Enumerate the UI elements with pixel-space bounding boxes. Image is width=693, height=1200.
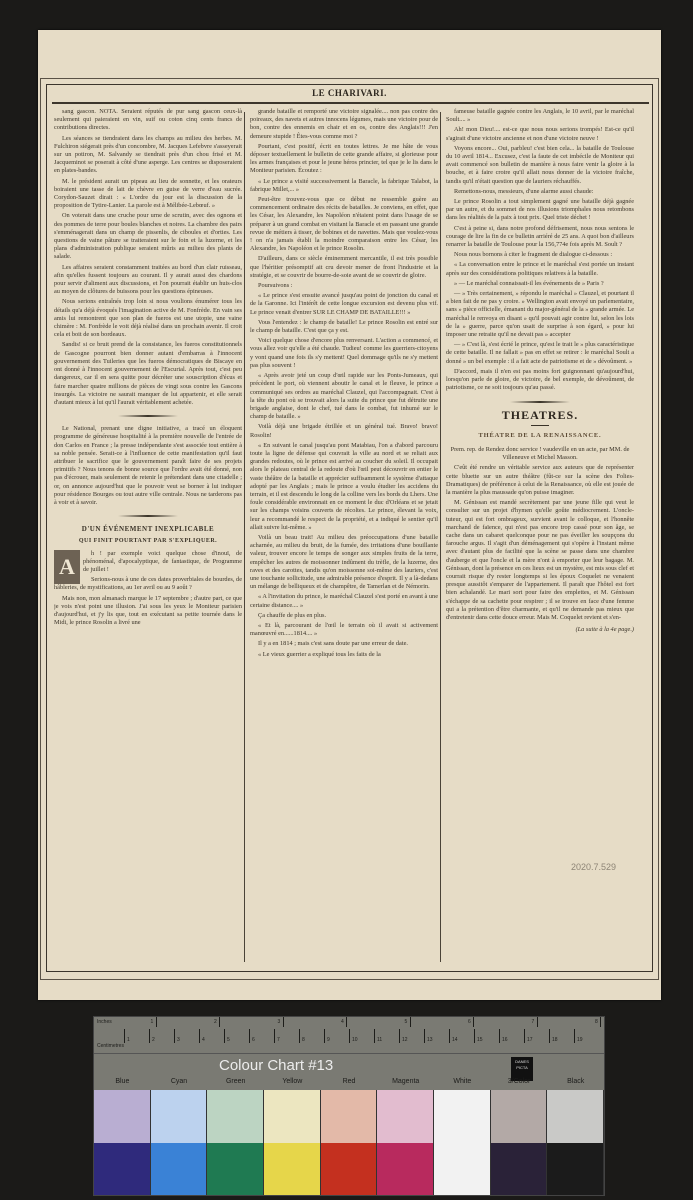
inch-mark: 6 xyxy=(468,1019,471,1025)
inch-mark: 8 xyxy=(595,1019,598,1025)
inch-mark: 4 xyxy=(341,1019,344,1025)
paragraph: Les séances se tiendraient dans les cham… xyxy=(54,135,242,176)
cm-mark: 9 xyxy=(327,1037,330,1043)
ruler: Inches Centimetres 123456781234567891011… xyxy=(94,1017,604,1054)
paragraph: Ça chauffe de plus en plus. xyxy=(250,612,438,620)
paragraph: Remettons-nous, messieurs, d'une alarme … xyxy=(446,188,634,196)
swatch-label: Red xyxy=(321,1078,378,1090)
inch-tick xyxy=(156,1017,157,1027)
cm-mark: 17 xyxy=(527,1037,533,1043)
swatch-dark xyxy=(377,1143,433,1196)
cm-tick xyxy=(199,1029,200,1043)
cm-tick xyxy=(224,1029,225,1043)
swatch-label: Blue xyxy=(94,1078,151,1090)
separator-rule xyxy=(510,401,570,403)
paragraph: « Le prince a visité successivement la B… xyxy=(250,178,438,194)
review-paragraphs: C'eût été rendre un véritable service au… xyxy=(446,464,634,622)
paragraph: Vous l'entendez : le champ de bataille! … xyxy=(250,319,438,335)
paragraph: « Le prince s'est ensuite avancé jusqu'a… xyxy=(250,292,438,317)
paragraph: M. le président aurait un pipeau au lieu… xyxy=(54,178,242,211)
swatch-label: 3/Color xyxy=(491,1078,548,1090)
swatch-light xyxy=(94,1090,150,1143)
swatch-dark xyxy=(264,1143,320,1196)
paragraph: fameuse bataille gagnée contre les Angla… xyxy=(446,108,634,124)
swatch-dark xyxy=(151,1143,207,1196)
swatch-dark xyxy=(94,1143,150,1196)
cm-tick xyxy=(399,1029,400,1043)
inch-tick xyxy=(346,1017,347,1027)
inch-mark: 1 xyxy=(151,1019,154,1025)
swatch-light xyxy=(151,1090,207,1143)
cm-mark: 5 xyxy=(227,1037,230,1043)
cm-mark: 19 xyxy=(577,1037,583,1043)
cm-tick xyxy=(274,1029,275,1043)
paragraph: Les affaires seraient constamment traité… xyxy=(54,264,242,297)
swatch-dark xyxy=(434,1143,490,1196)
cm-mark: 12 xyxy=(402,1037,408,1043)
column-divider xyxy=(244,112,245,962)
cm-tick xyxy=(499,1029,500,1043)
story-paragraph: Serions-nous à une de ces dates proverbi… xyxy=(54,576,242,592)
cm-tick xyxy=(374,1029,375,1043)
paragraph: Poursuivons : xyxy=(250,282,438,290)
swatch-red xyxy=(321,1090,378,1195)
cm-tick xyxy=(524,1029,525,1043)
article-headline: D'UN ÉVÉNEMENT INEXPLICABLE xyxy=(54,525,242,533)
paragraph: Sandis! si ce bruit prend de la consista… xyxy=(54,341,242,407)
masthead-rule xyxy=(52,102,649,104)
swatch-labels: BlueCyanGreenYellowRedMagentaWhite3/Colo… xyxy=(94,1078,604,1090)
section-title: THEATRES. xyxy=(446,411,634,419)
inch-mark: 3 xyxy=(278,1019,281,1025)
cm-tick xyxy=(349,1029,350,1043)
paragraph: « A l'invitation du prince, le maréchal … xyxy=(250,593,438,609)
paragraph: sang gascon. NOTA. Seraient réputés de p… xyxy=(54,108,242,133)
swatch-light xyxy=(547,1090,603,1143)
inch-tick xyxy=(537,1017,538,1027)
cm-mark: 10 xyxy=(352,1037,358,1043)
paragraph: Ah! mon Dieu!.... est-ce que nous nous s… xyxy=(446,126,634,142)
swatch-light xyxy=(434,1090,490,1143)
cm-mark: 3 xyxy=(177,1037,180,1043)
national-paragraph: Le National, prenant une digne initiativ… xyxy=(54,425,242,507)
paragraph: « Et là, parcourant de l'œil le terrain … xyxy=(250,622,438,638)
cm-mark: 15 xyxy=(477,1037,483,1043)
swatch-magenta xyxy=(377,1090,434,1195)
cm-tick xyxy=(249,1029,250,1043)
paragraph: D'ailleurs, dans ce siècle éminemment me… xyxy=(250,255,438,280)
dropcap-illustration: A xyxy=(54,550,80,584)
paragraph: grande bataille et remporté une victoire… xyxy=(250,108,438,141)
separator-rule xyxy=(118,415,178,417)
inch-tick xyxy=(219,1017,220,1027)
review-paragraph: M. Génissan est mandé secrètement par un… xyxy=(446,499,634,622)
inches-label: Inches xyxy=(97,1019,112,1025)
continued-note: (La suite à la 4e page.) xyxy=(446,626,634,634)
swatch-cyan xyxy=(151,1090,208,1195)
chart-title: Colour Chart #13 xyxy=(219,1057,333,1074)
story-paragraph: h ! par exemple voici quelque chose d'in… xyxy=(54,550,242,575)
colour-chart: Inches Centimetres 123456781234567891011… xyxy=(93,1016,605,1196)
swatch-light xyxy=(321,1090,377,1143)
paragraph: Voici quelque chose d'encore plus renver… xyxy=(250,337,438,370)
column-2: grande bataille et remporté une victoire… xyxy=(250,108,438,960)
cm-mark: 11 xyxy=(377,1037,382,1043)
swatch-label: Yellow xyxy=(264,1078,321,1090)
cm-tick xyxy=(324,1029,325,1043)
swatch-green xyxy=(207,1090,264,1195)
cm-tick xyxy=(449,1029,450,1043)
cm-mark: 6 xyxy=(252,1037,255,1043)
story-paragraph: Mais non, mon almanach marque le 17 sept… xyxy=(54,595,242,628)
inch-tick xyxy=(283,1017,284,1027)
cm-tick xyxy=(424,1029,425,1043)
paragraph: « En suivant le canal jusqu'au pont Mata… xyxy=(250,442,438,532)
inch-tick xyxy=(600,1017,601,1027)
swatch-blue xyxy=(94,1090,151,1195)
swatch-dark xyxy=(321,1143,377,1196)
article-subheadline: QUI FINIT POURTANT PAR S'EXPLIQUER. xyxy=(54,537,242,545)
cm-tick xyxy=(574,1029,575,1043)
swatch-light xyxy=(207,1090,263,1143)
inch-mark: 7 xyxy=(532,1019,535,1025)
cm-mark: 2 xyxy=(152,1037,155,1043)
paragraph: Le prince Rosolin a tout simplement gagn… xyxy=(446,198,634,223)
centimetres-label: Centimetres xyxy=(97,1043,124,1049)
swatch-label: White xyxy=(434,1078,491,1090)
paragraph: — » Très certainement, » répondu le maré… xyxy=(446,290,634,339)
swatch-dark xyxy=(547,1143,603,1196)
column-2-paragraphs: grande bataille et remporté une victoire… xyxy=(250,108,438,659)
inch-mark: 2 xyxy=(214,1019,217,1025)
swatch-3color xyxy=(491,1090,548,1195)
paragraph: On voterait dans une cruche pour urne de… xyxy=(54,212,242,261)
cm-mark: 7 xyxy=(277,1037,280,1043)
inch-mark: 5 xyxy=(405,1019,408,1025)
paragraph: Voyons encore... Oui, parbleu! c'est bie… xyxy=(446,145,634,186)
inch-tick xyxy=(410,1017,411,1027)
swatch-label: Black xyxy=(547,1078,604,1090)
newspaper-page: LE CHARIVARI. sang gascon. NOTA. Seraien… xyxy=(38,30,661,1000)
swatch-label: Magenta xyxy=(377,1078,434,1090)
swatch-light xyxy=(264,1090,320,1143)
swatch-light xyxy=(377,1090,433,1143)
swatch-black xyxy=(547,1090,604,1195)
swatch-light xyxy=(491,1090,547,1143)
paragraph: » — Le maréchal connaissait-il les événe… xyxy=(446,280,634,288)
paragraph: C'est à peine si, dans notre profond déf… xyxy=(446,225,634,250)
cm-tick xyxy=(149,1029,150,1043)
swatches xyxy=(94,1090,604,1195)
cm-mark: 16 xyxy=(502,1037,508,1043)
cm-mark: 1 xyxy=(127,1037,130,1043)
swatch-label: Cyan xyxy=(151,1078,208,1090)
paragraph: Voilà un beau trait! Au milieu des préoc… xyxy=(250,534,438,591)
inch-tick xyxy=(473,1017,474,1027)
paragraph: Pourtant, c'est positif, écrit en toutes… xyxy=(250,143,438,176)
paragraph: Voilà déjà une brigade étrillée et un gé… xyxy=(250,423,438,439)
swatch-yellow xyxy=(264,1090,321,1195)
paragraph: Nous nous bornons à citer le fragment de… xyxy=(446,251,634,259)
swatch-dark xyxy=(491,1143,547,1196)
masthead: LE CHARIVARI. xyxy=(48,88,651,98)
paragraph: Peut-être trouvez-vous que ce début ne r… xyxy=(250,196,438,253)
cm-tick xyxy=(549,1029,550,1043)
swatch-dark xyxy=(207,1143,263,1196)
paragraph: Il y a en 1814 ; mais c'est sans doute p… xyxy=(250,640,438,648)
section-rule xyxy=(531,425,549,426)
cm-mark: 18 xyxy=(552,1037,558,1043)
cm-mark: 14 xyxy=(452,1037,458,1043)
story-paragraphs: h ! par exemple voici quelque chose d'in… xyxy=(54,550,242,628)
swatch-label: Green xyxy=(207,1078,264,1090)
swatch-white xyxy=(434,1090,491,1195)
cm-mark: 8 xyxy=(302,1037,305,1043)
accession-number: 2020.7.529 xyxy=(571,862,616,872)
premiere-line: Prem. rep. de Rendez donc service ! vaud… xyxy=(446,446,634,462)
column-3-paragraphs: fameuse bataille gagnée contre les Angla… xyxy=(446,108,634,393)
paragraph: Nous serions entraînés trop loin si nous… xyxy=(54,298,242,339)
paragraph: D'accord, mais il n'en est pas moins for… xyxy=(446,368,634,393)
paragraph: « Après avoir jeté un coup d'œil rapide … xyxy=(250,372,438,421)
cm-tick xyxy=(474,1029,475,1043)
paragraph: — » C'est là, s'est écrié le prince, qu'… xyxy=(446,341,634,366)
cm-tick xyxy=(299,1029,300,1043)
separator-rule xyxy=(118,515,178,517)
cm-tick xyxy=(124,1029,125,1043)
paragraph: « La conversation entre le prince et le … xyxy=(446,261,634,277)
review-paragraph: C'eût été rendre un véritable service au… xyxy=(446,464,634,497)
column-1: sang gascon. NOTA. Seraient réputés de p… xyxy=(54,108,242,960)
column-divider xyxy=(440,112,441,962)
column-1-paragraphs: sang gascon. NOTA. Seraient réputés de p… xyxy=(54,108,242,407)
column-3: fameuse bataille gagnée contre les Angla… xyxy=(446,108,634,960)
theatre-name: THÉATRE DE LA RENAISSANCE. xyxy=(446,432,634,440)
cm-mark: 4 xyxy=(202,1037,205,1043)
cm-tick xyxy=(174,1029,175,1043)
paragraph: « Le vieux guerrier a expliqué tous les … xyxy=(250,651,438,659)
cm-mark: 13 xyxy=(427,1037,433,1043)
